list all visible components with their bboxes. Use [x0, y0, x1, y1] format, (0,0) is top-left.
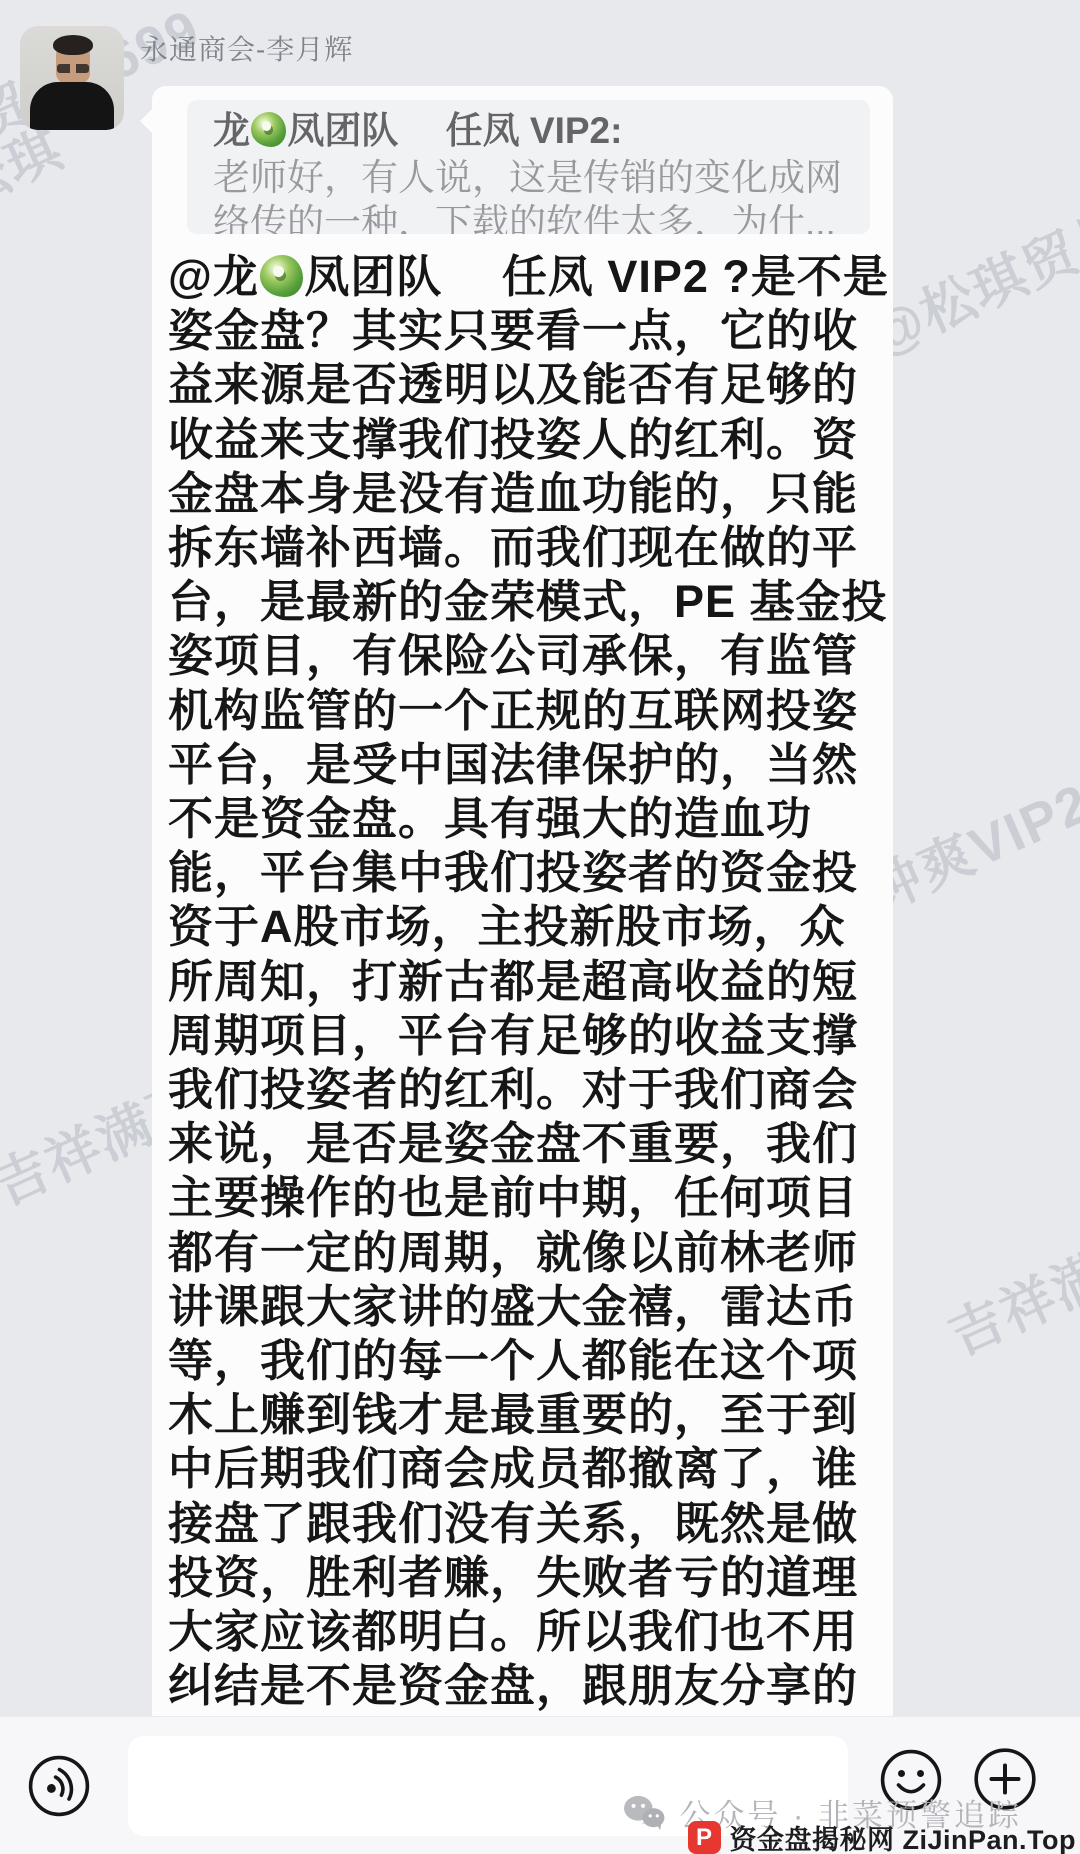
text-line: 接盘了跟我们没有关系，既然是做 [168, 1497, 876, 1551]
text-line: 收益来支撑我们投姿人的红利。资 [168, 413, 876, 467]
text-line: 平台，是受中国法律保护的，当然 [168, 738, 876, 792]
text-line: 能，平台集中我们投姿者的资金投 [168, 846, 876, 900]
avatar[interactable] [20, 26, 124, 130]
message-text: @龙凤团队 任凤 VIP2 ?是不是姿金盘？其实只要看一点，它的收益来源是否透明… [168, 250, 876, 1713]
site-logo-icon: P [688, 1821, 721, 1854]
site-watermark: P 资金盘揭秘网 ZiJinPan.Top [688, 1818, 1077, 1854]
text-line: 龙凤团队 任凤 VIP2: [213, 107, 844, 155]
dragon-emoji [260, 255, 303, 298]
text-line: 资于A股市场，主投新股市场，众 [168, 900, 876, 954]
voice-icon [27, 1754, 91, 1818]
quoted-message: 龙凤团队 任凤 VIP2: 老师好，有人说，这是传销的变化成网络传的一种，下载的… [187, 100, 870, 234]
text-line: 拆东墙补西墙。而我们现在做的平 [168, 521, 876, 575]
text-line: 主要操作的也是前中期，任何项目 [168, 1171, 876, 1225]
text-line: 不是资金盘。具有强大的造血功 [168, 792, 876, 846]
text-line: 姿项目，有保险公司承保，有监管 [168, 629, 876, 683]
voice-input-button[interactable] [27, 1754, 91, 1818]
text-line: 益来源是否透明以及能否有足够的 [168, 358, 876, 412]
text-line: 络传的一种，下载的软件太多，为什... [213, 200, 844, 234]
text-line: 所周知，打新古都是超高收益的短 [168, 955, 876, 1009]
text-line: 木上赚到钱才是最重要的，至于到 [168, 1388, 876, 1442]
text-line: 金盘本身是没有造血功能的，只能 [168, 467, 876, 521]
text-line: 机构监管的一个正规的互联网投姿 [168, 684, 876, 738]
text-line: 中后期我们商会成员都撤离了，谁 [168, 1442, 876, 1496]
message-bubble[interactable]: 龙凤团队 任凤 VIP2: 老师好，有人说，这是传销的变化成网络传的一种，下载的… [152, 86, 893, 1728]
text-line: 讲课跟大家讲的盛大金禧，雷达币 [168, 1280, 876, 1334]
text-line: 纠结是不是资金盘，跟朋友分享的 [168, 1659, 876, 1713]
text-line: 等，我们的每一个人都能在这个项 [168, 1334, 876, 1388]
site-name-text: 资金盘揭秘网 ZiJinPan.Top [730, 1818, 1077, 1854]
avatar-person-head [56, 40, 90, 84]
text-line: 姿金盘？其实只要看一点，它的收 [168, 304, 876, 358]
text-line: 都有一定的周期，就像以前林老师 [168, 1226, 876, 1280]
avatar-glasses [57, 64, 89, 73]
dragon-emoji [251, 112, 286, 147]
text-line: 投资，胜利者赚，失败者亏的道理 [168, 1551, 876, 1605]
avatar-person-body [30, 82, 114, 130]
text-line: 我们投姿者的红利。对于我们商会 [168, 1063, 876, 1117]
text-line: 台，是最新的金荣模式，PE 基金投 [168, 575, 876, 629]
diagonal-watermark: 吉祥满盈钟 [935, 1186, 1080, 1370]
text-line: 周期项目，平台有足够的收益支撑 [168, 1009, 876, 1063]
text-line: @龙凤团队 任凤 VIP2 ?是不是 [168, 250, 876, 304]
sender-name: 永通商会-李月辉 [140, 28, 353, 68]
bubble-tail [140, 108, 153, 134]
text-line: 来说，是否是姿金盘不重要，我们 [168, 1117, 876, 1171]
quoted-message-sender: 龙凤团队 任凤 VIP2: [213, 107, 844, 155]
quoted-message-text: 老师好，有人说，这是传销的变化成网络传的一种，下载的软件太多，为什... [213, 155, 844, 234]
wechat-icon [621, 1794, 667, 1832]
text-line: 大家应该都明白。所以我们也不用 [168, 1605, 876, 1659]
text-line: 老师好，有人说，这是传销的变化成网 [213, 155, 844, 200]
